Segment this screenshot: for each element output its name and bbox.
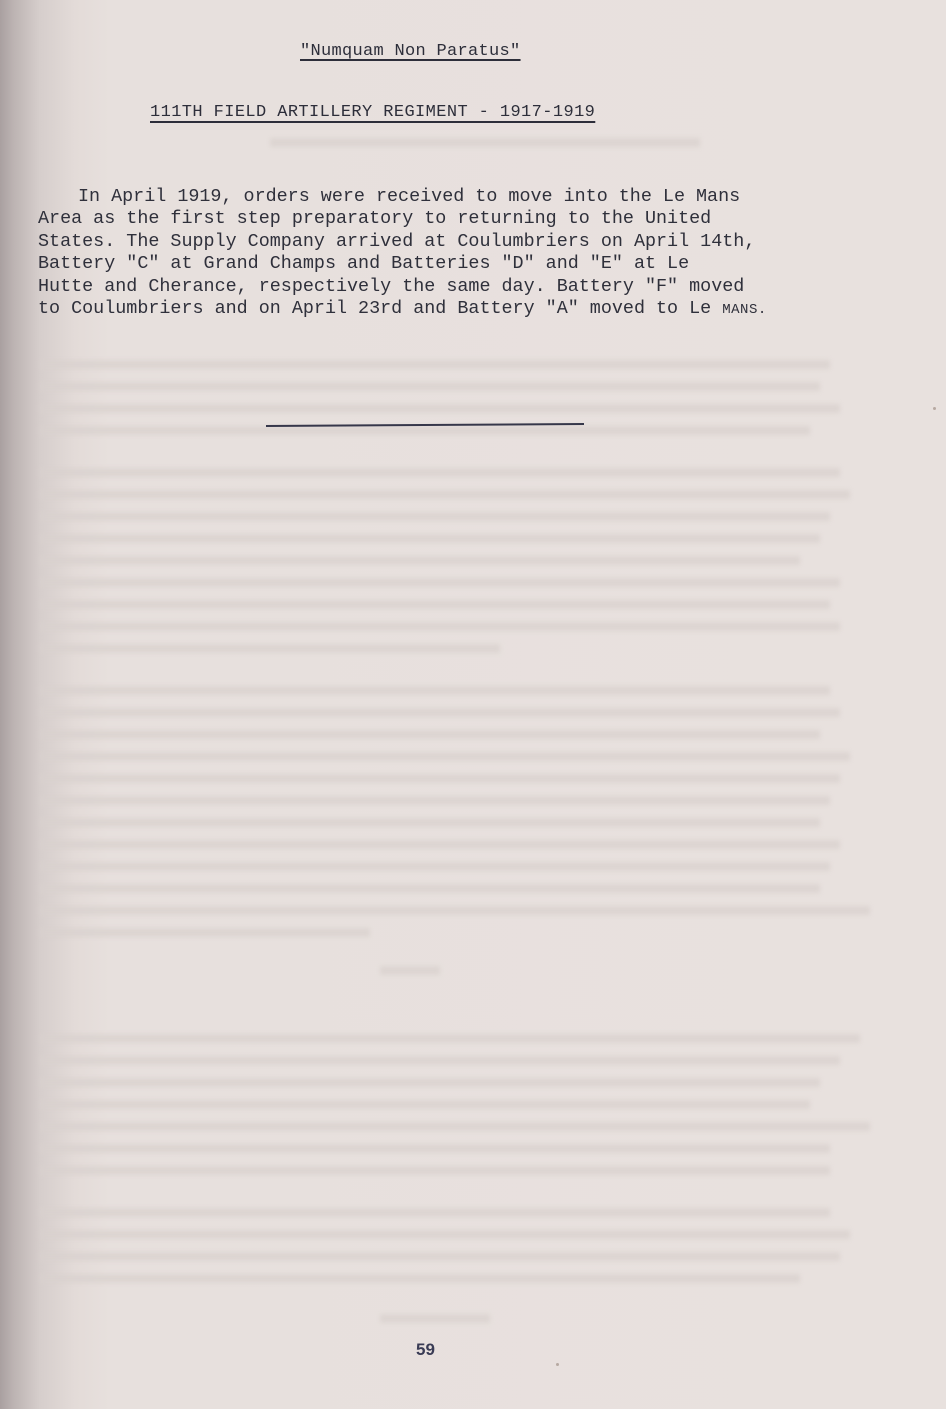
paper-speck xyxy=(556,1363,559,1366)
paragraph-line: Hutte and Cherance, respectively the sam… xyxy=(38,276,918,298)
page-heading: 111TH FIELD ARTILLERY REGIMENT - 1917-19… xyxy=(150,103,595,122)
paragraph-line: Area as the first step preparatory to re… xyxy=(38,208,918,230)
paragraph-line: In April 1919, orders were received to m… xyxy=(38,186,918,208)
paragraph-line-last: to Coulumbriers and on April 23rd and Ba… xyxy=(38,298,918,321)
paragraph-line: Battery "C" at Grand Champs and Batterie… xyxy=(38,253,918,275)
paper-speck xyxy=(933,407,936,410)
paragraph-line: States. The Supply Company arrived at Co… xyxy=(38,231,918,253)
motto: "Numquam Non Paratus" xyxy=(300,42,521,61)
paragraph-last-word: MANS. xyxy=(722,302,767,318)
paragraph-line-text: to Coulumbriers and on April 23rd and Ba… xyxy=(38,298,722,319)
paragraph: In April 1919, orders were received to m… xyxy=(38,186,918,321)
scanned-page: "Numquam Non Paratus" 111TH FIELD ARTILL… xyxy=(0,0,946,1409)
page-number: 59 xyxy=(416,1340,435,1360)
